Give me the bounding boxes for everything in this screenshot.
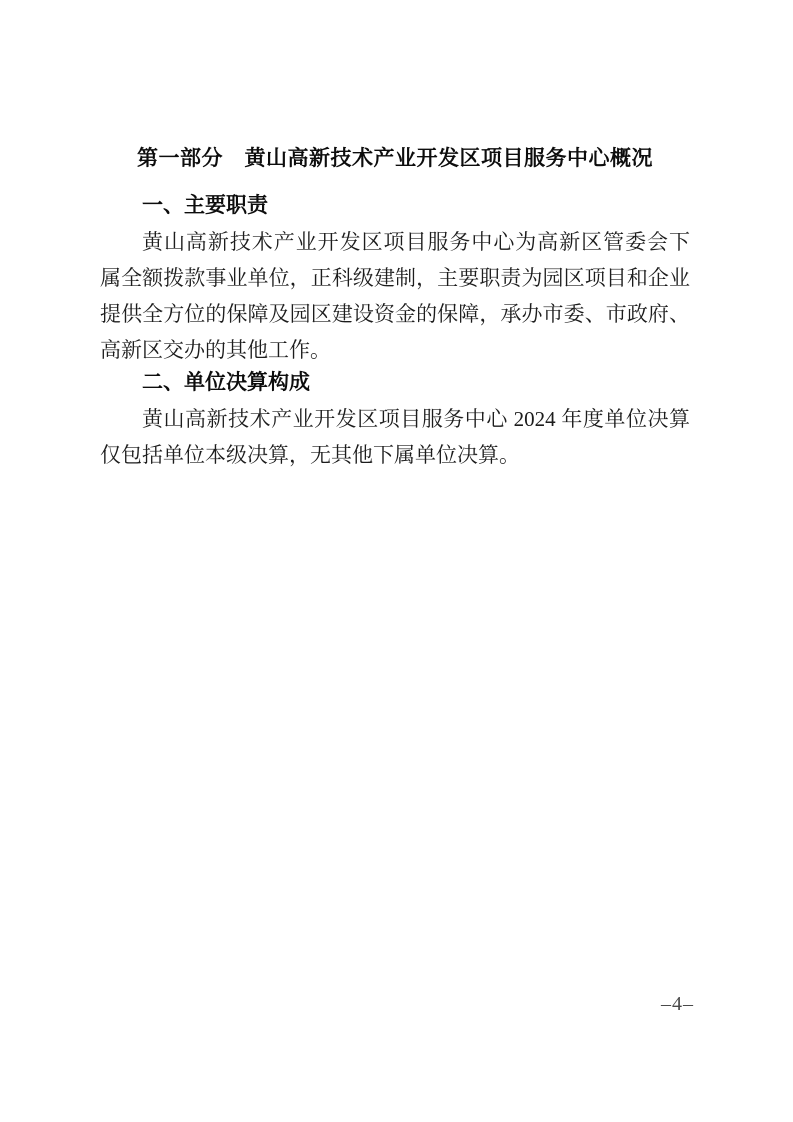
paragraph-line: 高新区交办的其他工作。 bbox=[100, 332, 690, 368]
paragraph-line: 仅包括单位本级决算，无其他下属单位决算。 bbox=[100, 437, 690, 473]
section-1-paragraph: 黄山高新技术产业开发区项目服务中心为高新区管委会下 属全额拨款事业单位，正科级建… bbox=[100, 224, 690, 368]
paragraph-line: 提供全方位的保障及园区建设资金的保障，承办市委、市政府、 bbox=[100, 296, 690, 332]
paragraph-line: 属全额拨款事业单位，正科级建制，主要职责为园区项目和企业 bbox=[100, 260, 690, 296]
paragraph-line: 黄山高新技术产业开发区项目服务中心为高新区管委会下 bbox=[100, 224, 690, 260]
document-content: 第一部分 黄山高新技术产业开发区项目服务中心概况 一、主要职责 黄山高新技术产业… bbox=[100, 146, 690, 473]
document-title: 第一部分 黄山高新技术产业开发区项目服务中心概况 bbox=[100, 146, 690, 172]
section-2-heading: 二、单位决算构成 bbox=[100, 365, 690, 401]
page-number: –4– bbox=[661, 992, 694, 1016]
document-page: 第一部分 黄山高新技术产业开发区项目服务中心概况 一、主要职责 黄山高新技术产业… bbox=[0, 0, 793, 1122]
section-2-paragraph: 黄山高新技术产业开发区项目服务中心 2024 年度单位决算 仅包括单位本级决算，… bbox=[100, 401, 690, 473]
paragraph-line: 黄山高新技术产业开发区项目服务中心 2024 年度单位决算 bbox=[100, 401, 690, 437]
section-1-heading: 一、主要职责 bbox=[100, 188, 690, 224]
